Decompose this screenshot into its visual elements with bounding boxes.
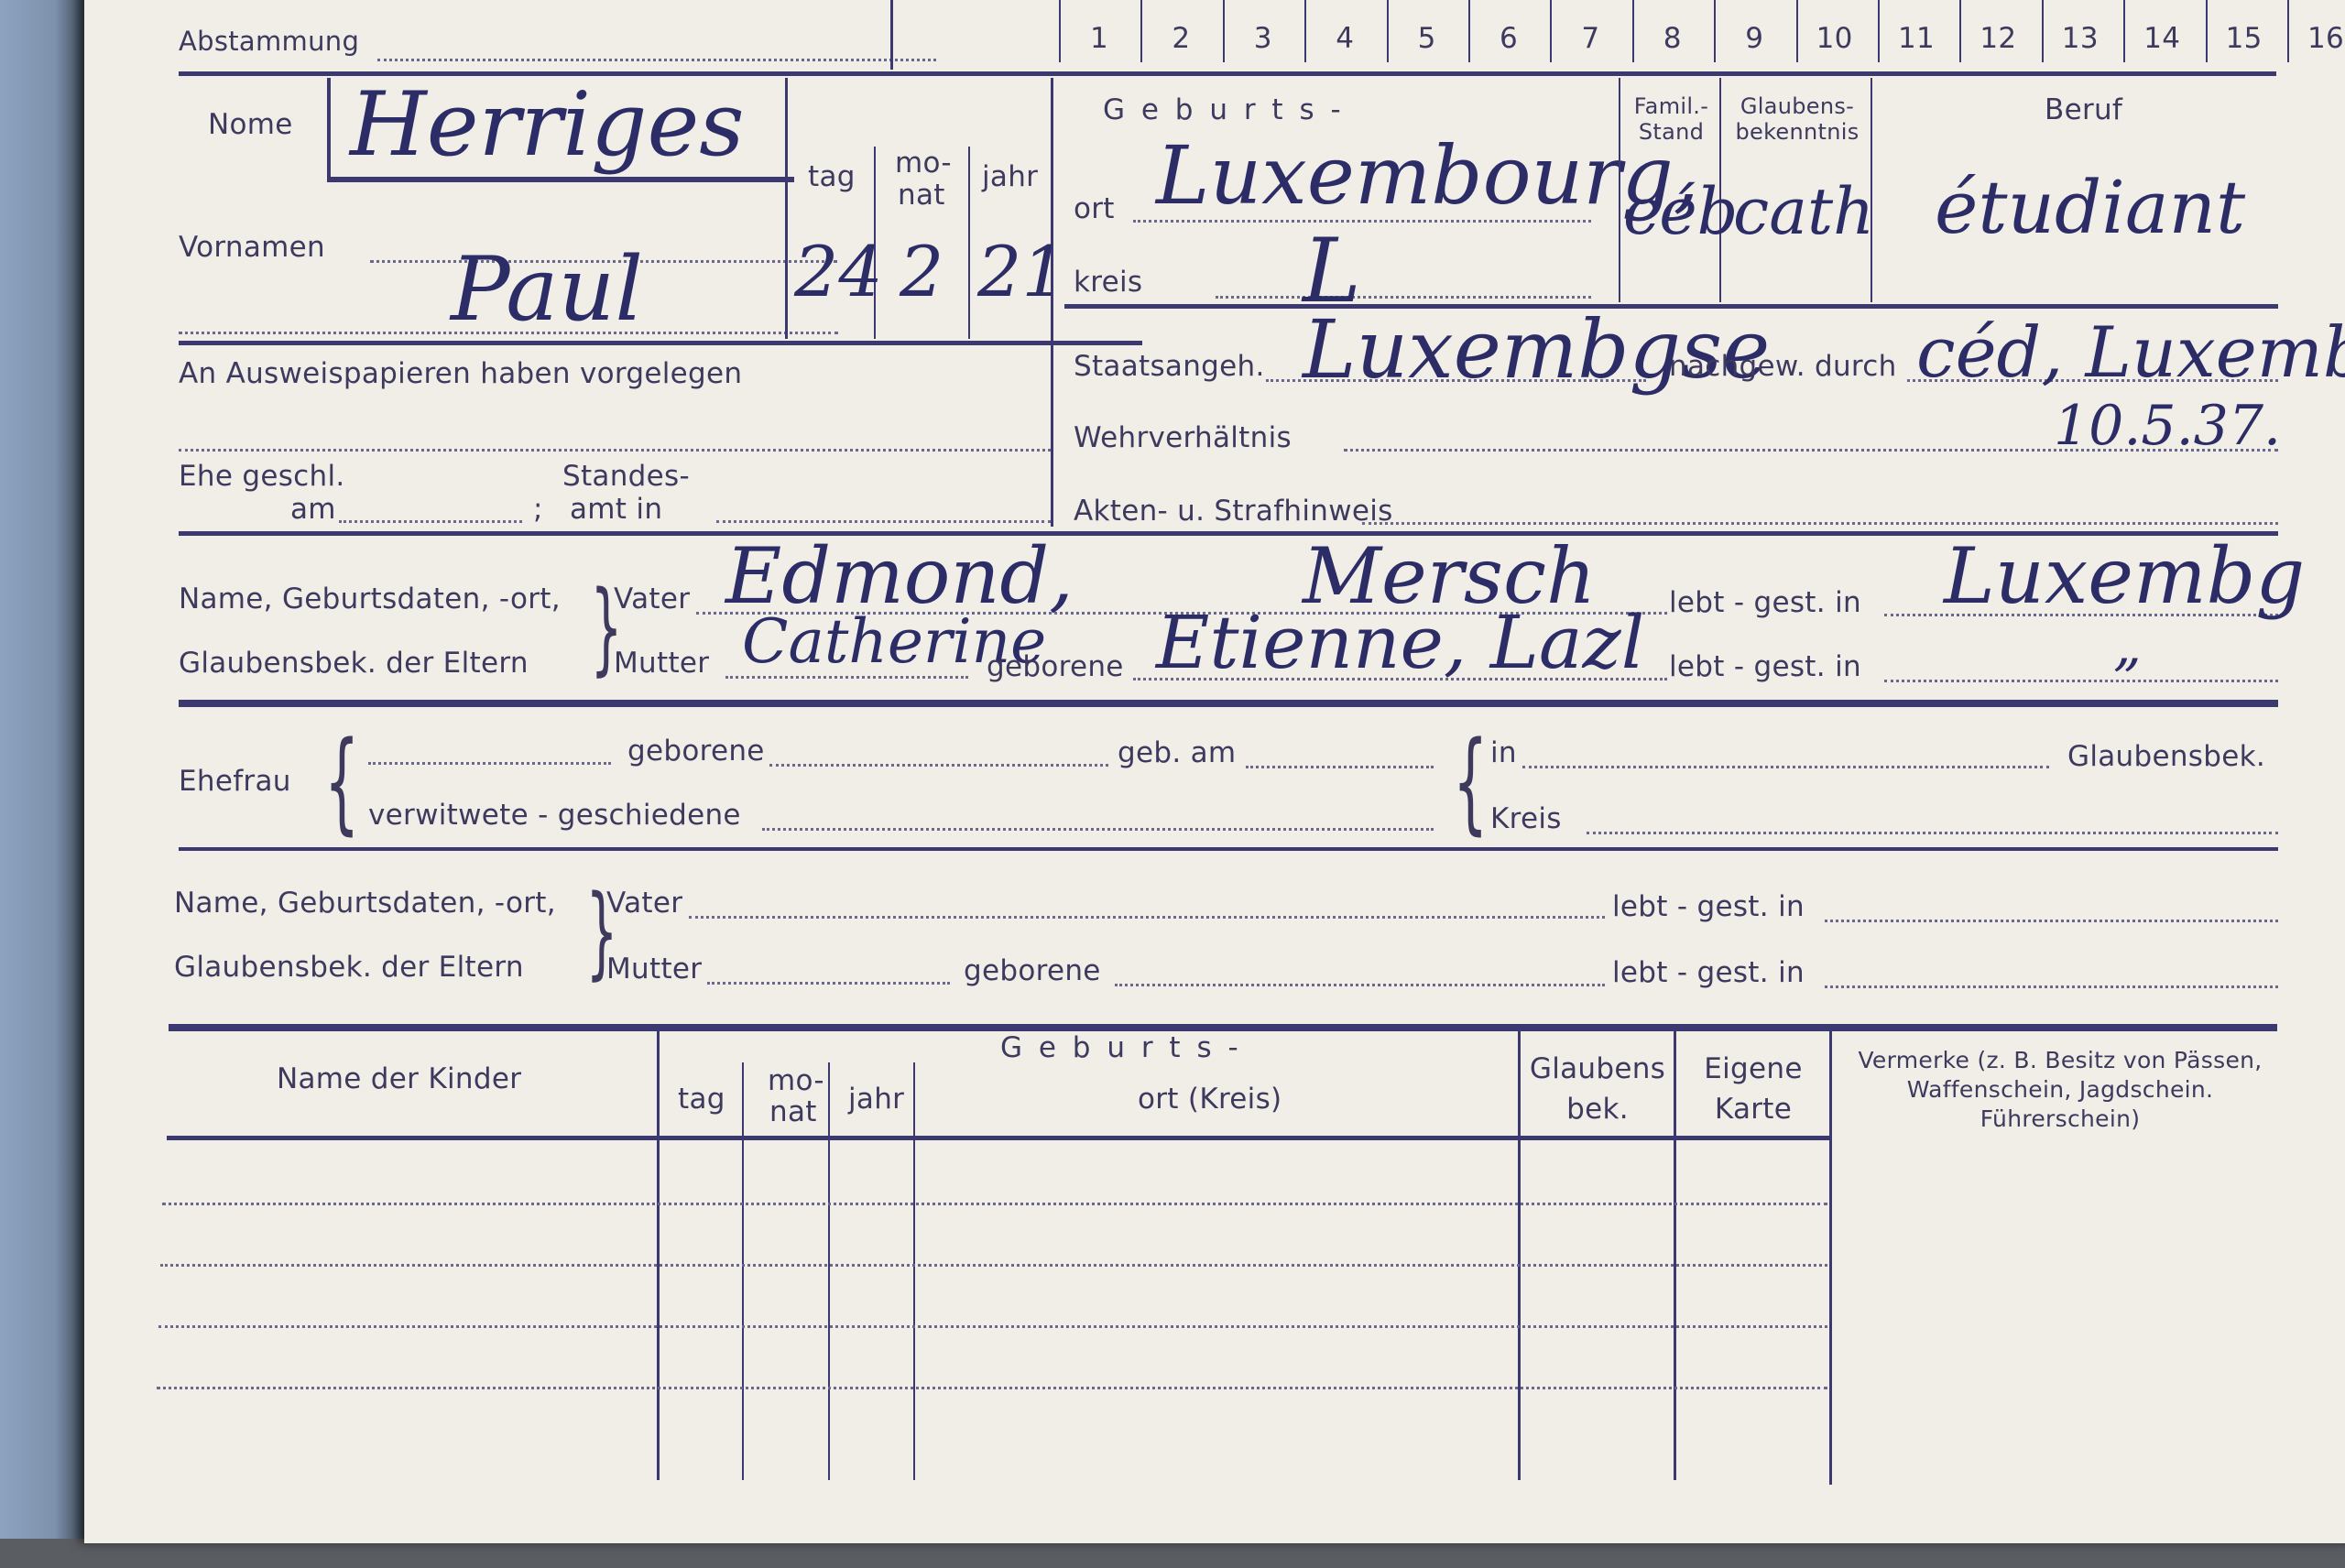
parents1-lebt2-label: lebt - gest. in [1669,650,1861,683]
column-number: 8 [1663,22,1682,55]
column-divider [1223,0,1225,62]
column-number: 3 [1254,22,1272,55]
geburts-label: G e b u r t s - [1103,93,1345,126]
kinder-geburts-header: G e b u r t s - [1000,1031,1242,1064]
jahr-value[interactable]: 21 [977,231,1066,312]
parents1-left-label-2: Glaubensbek. der Eltern [179,647,529,680]
kinder-tag-header: tag [678,1083,725,1116]
registration-card: Abstammung 12345678910111213141516 Nome … [84,0,2345,1543]
column-number: 1 [1090,22,1108,55]
column-number: 10 [1816,22,1853,55]
monat-label-2: nat [898,179,945,212]
column-divider [1878,0,1880,62]
tag-label: tag [808,160,856,193]
kinder-row-line-2[interactable] [160,1264,1827,1267]
ehefrau-geborene-line [769,764,1108,767]
kinder-monat-header-1: mo- [768,1064,824,1097]
staatsangeh-label: Staatsangeh. [1074,350,1265,383]
famil-stand-value[interactable]: céb [1623,174,1738,249]
column-divider [2123,0,2125,62]
column-divider [2042,0,2044,62]
section-rule-4 [169,1024,2277,1031]
column-number: 7 [1581,22,1599,55]
column-number: 6 [1500,22,1518,55]
column-divider [1059,0,1061,62]
column-divider [1140,0,1142,62]
ehe-geschl-label: Ehe geschl. [179,460,345,493]
background-left [0,0,92,1568]
standes-label-2: amt in [570,493,662,526]
kinder-header-rule [167,1136,1829,1140]
column-number: 16 [2307,22,2344,55]
ort-value[interactable]: Luxembourg, [1156,128,1699,223]
column-divider [1468,0,1470,62]
birth-divider-2 [968,147,970,339]
parents1-lebt2-value[interactable]: „ [2113,614,2142,678]
ausweis-label: An Ausweispapieren haben vorgelegen [179,357,742,390]
kinder-monat-header-2: nat [769,1095,817,1128]
kinder-row-line-4[interactable] [157,1387,1827,1389]
column-divider [2287,0,2289,62]
kinder-row-line-1[interactable] [162,1203,1827,1205]
kinder-jahr-header: jahr [848,1083,904,1116]
standes-label-1: Standes- [562,460,690,493]
kinder-row-line-3[interactable] [158,1325,1827,1328]
ehefrau-brace: { [324,728,359,838]
ehefrau-glaubensbek-label: Glaubensbek. [2067,740,2265,773]
vornamen-value[interactable]: Paul [451,238,643,341]
ehefrau-kreis-label: Kreis [1490,802,1562,835]
parents1-lebt-label: lebt - gest. in [1669,586,1861,619]
ehe-am-label: am [290,493,336,526]
parents2-vater-label: Vater [606,887,682,920]
akten-label: Akten- u. Strafhinweis [1074,495,1393,528]
name-value[interactable]: Herriges [350,73,745,176]
column-divider [1304,0,1306,62]
parents1-mutter-label: Mutter [614,647,709,680]
parents2-mutter-label: Mutter [606,953,702,985]
parents1-geborene-label: geborene [987,650,1124,683]
section-rule-2 [179,700,2278,707]
beruf-label: Beruf [2045,93,2122,126]
beruf-value[interactable]: étudiant [1935,165,2245,250]
column-divider [1796,0,1798,62]
parents2-lebt-line [1825,920,2278,922]
parents2-lebt-label: lebt - gest. in [1612,890,1805,923]
nachgew-label: nachgew. durch [1669,350,1897,383]
kinder-divider-tag [742,1062,744,1480]
parents2-lebt2-line [1825,985,2278,988]
kinder-vermerke-header: Vermerke (z. B. Besitz von Pässen,Waffen… [1836,1046,2285,1134]
vornamen-line-2 [179,332,838,334]
parents1-lebt-value[interactable]: Luxembg [1944,531,2305,621]
kinder-divider-monat [828,1062,830,1480]
glaubensbekenntnis-label: Glaubens-bekenntnis [1724,93,1871,145]
column-number: 12 [1980,22,2016,55]
kinder-divider-ort [1518,1031,1521,1480]
parents1-left-label-1: Name, Geburtsdaten, -ort, [179,583,561,615]
ehefrau-in-line [1522,766,2049,768]
kinder-ort-header: ort (Kreis) [1138,1083,1282,1116]
birth-divider-left [785,78,788,339]
nachgew-value[interactable]: céd, Luxembg, [1916,311,2345,393]
column-number: 15 [2226,22,2263,55]
parents2-left-label-1: Name, Geburtsdaten, -ort, [174,887,556,920]
abstammung-line [377,59,936,61]
tag-value[interactable]: 24 [794,231,883,312]
column-number: 4 [1336,22,1354,55]
vornamen-label: Vornamen [179,231,325,264]
name-box-left [327,78,331,180]
kreis-label: kreis [1074,266,1142,299]
kreis-line [1216,296,1591,299]
ehefrau-label: Ehefrau [179,765,291,798]
column-divider [2206,0,2208,62]
wehrverhaeltnis-line [1344,449,2278,452]
parents1-vater-label: Vater [614,583,690,615]
column-number: 5 [1418,22,1436,55]
monat-value[interactable]: 2 [900,231,943,312]
ehefrau-brace-2: { [1453,728,1488,838]
name-box-bottom [327,177,794,182]
ehefrau-geb-am-line [1246,766,1434,768]
parents2-mutter-line [707,982,950,985]
column-number: 2 [1172,22,1190,55]
parents2-left-label-2: Glaubensbek. der Eltern [174,951,524,984]
ehefrau-verwitwete-label: verwitwete - geschiedene [368,799,741,832]
famil-divider [1619,78,1620,302]
ehefrau-name-line [368,762,611,765]
kinder-eigene-header: EigeneKarte [1680,1049,1827,1129]
jahr-label: jahr [982,160,1038,193]
kinder-divider-jahr [913,1062,915,1480]
famil-stand-label: Famil.-Stand [1623,93,1719,145]
ehefrau-verwitwete-line [762,828,1434,831]
akten-line [1362,522,2278,525]
kinder-divider-eigene [1829,1031,1832,1485]
parents2-geborene-line [1115,984,1605,986]
wehrverhaeltnis-label: Wehrverhältnis [1074,421,1292,454]
ehe-semicolon: ; [533,493,543,526]
ehe-am-line [339,520,522,523]
column-number: 14 [2143,22,2180,55]
name-label: Nome [208,108,293,141]
kinder-divider-glaubens [1674,1031,1676,1480]
parents2-lebt2-label: lebt - gest. in [1612,956,1805,989]
column-divider [1632,0,1634,62]
kinder-divider-name [657,1031,660,1480]
parents1-geborene-value[interactable]: Etienne, Lazl [1156,600,1644,685]
column-divider [1959,0,1961,62]
ort-label: ort [1074,192,1115,225]
parents1-lebt2-line [1884,680,2278,682]
ehefrau-in-label: in [1490,736,1517,769]
kinder-glaubens-header: Glaubensbek. [1524,1049,1671,1129]
monat-label-1: mo- [895,147,952,180]
glaubens-value[interactable]: cath [1733,174,1874,249]
section-rule-3 [179,847,2278,851]
parents2-geborene-label: geborene [964,954,1101,987]
standesamt-line [716,520,1051,523]
column-number: 11 [1898,22,1935,55]
column-number: 9 [1745,22,1763,55]
column-divider [1387,0,1389,62]
ehefrau-geborene-label: geborene [627,735,765,768]
column-divider [1714,0,1716,62]
kinder-name-header: Name der Kinder [277,1062,521,1095]
ehefrau-geb-am-label: geb. am [1118,736,1236,769]
parents2-vater-line [689,916,1605,919]
ehefrau-kreis-line [1587,832,2278,834]
birth-bottom-rule [179,341,1142,345]
ausweis-line [179,449,1051,452]
abstammung-label: Abstammung [179,26,359,57]
column-number: 13 [2062,22,2099,55]
column-divider [1550,0,1552,62]
